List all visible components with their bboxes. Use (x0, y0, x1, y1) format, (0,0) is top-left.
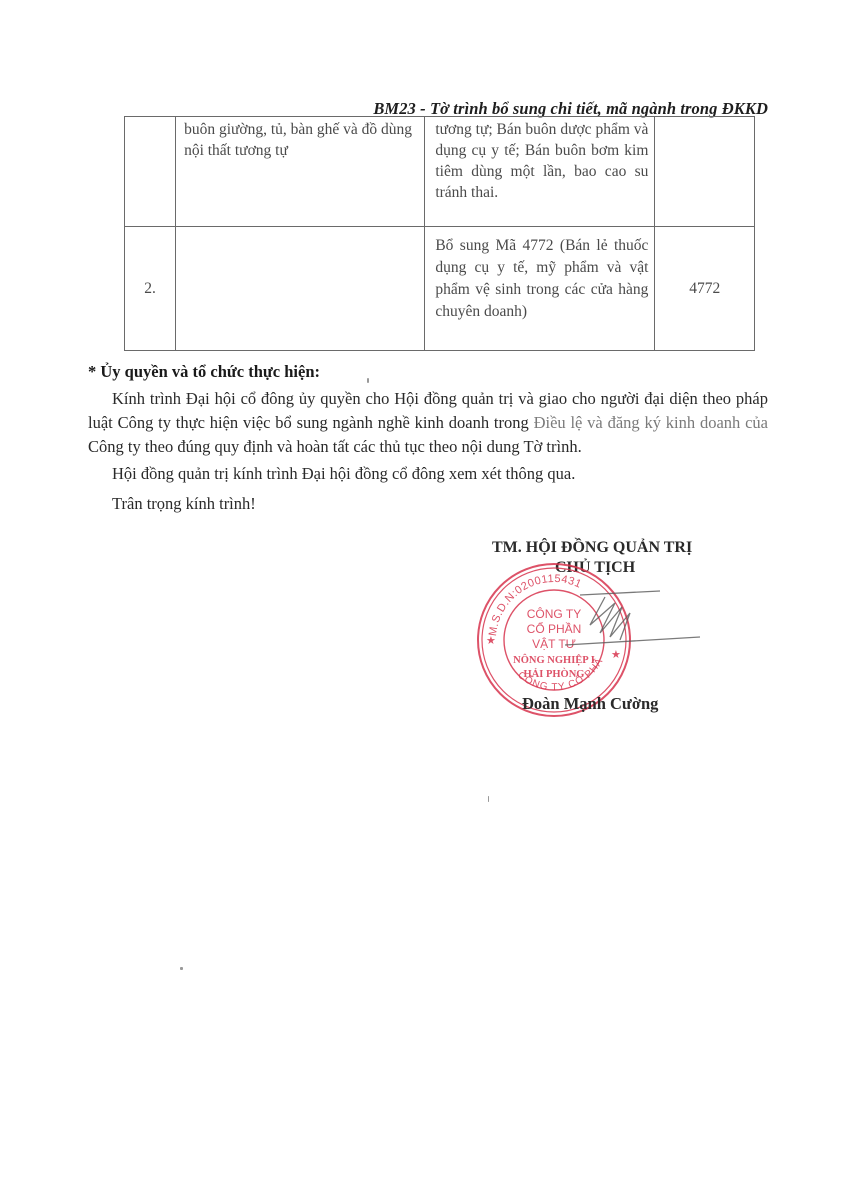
business-name-cell (176, 227, 425, 351)
table-row: 2. Bổ sung Mã 4772 (Bán lẻ thuốc dụng cụ… (125, 227, 755, 351)
signer-name: Đoàn Mạnh Cường (522, 694, 658, 714)
description-cell: tương tự; Bán buôn dược phẩm và dụng cụ … (425, 117, 655, 227)
paragraph-text-faint: Điều lệ và đăng ký kinh doanh của (534, 413, 768, 432)
table-row: buôn giường, tủ, bàn ghế và đồ dùng nội … (125, 117, 755, 227)
business-code-table: buôn giường, tủ, bàn ghế và đồ dùng nội … (124, 116, 755, 351)
section-heading: * Ủy quyền và tổ chức thực hiện: (88, 362, 320, 382)
paragraph-text: Công ty theo đúng quy định và hoàn tất c… (88, 437, 582, 456)
code-cell (655, 117, 755, 227)
closing-line: Trân trọng kính trình! (88, 492, 768, 516)
svg-text:HẢI PHÒNG: HẢI PHÒNG (524, 668, 585, 680)
handwritten-signature-icon (560, 585, 710, 655)
row-number-cell (125, 117, 176, 227)
row-number-cell: 2. (125, 227, 176, 351)
code-cell: 4772 (655, 227, 755, 351)
description-cell: Bổ sung Mã 4772 (Bán lẻ thuốc dụng cụ y … (425, 227, 655, 351)
approval-paragraph: Hội đồng quản trị kính trình Đại hội đồn… (88, 462, 768, 486)
business-name-cell: buôn giường, tủ, bàn ghế và đồ dùng nội … (176, 117, 425, 227)
scan-speck (180, 967, 183, 970)
svg-text:★: ★ (486, 635, 496, 647)
authorization-paragraph: Kính trình Đại hội cổ đông ủy quyền cho … (88, 387, 768, 459)
scan-speck (367, 378, 369, 383)
signature-title: TM. HỘI ĐỒNG QUẢN TRỊ (492, 539, 692, 557)
scan-speck (488, 796, 489, 802)
